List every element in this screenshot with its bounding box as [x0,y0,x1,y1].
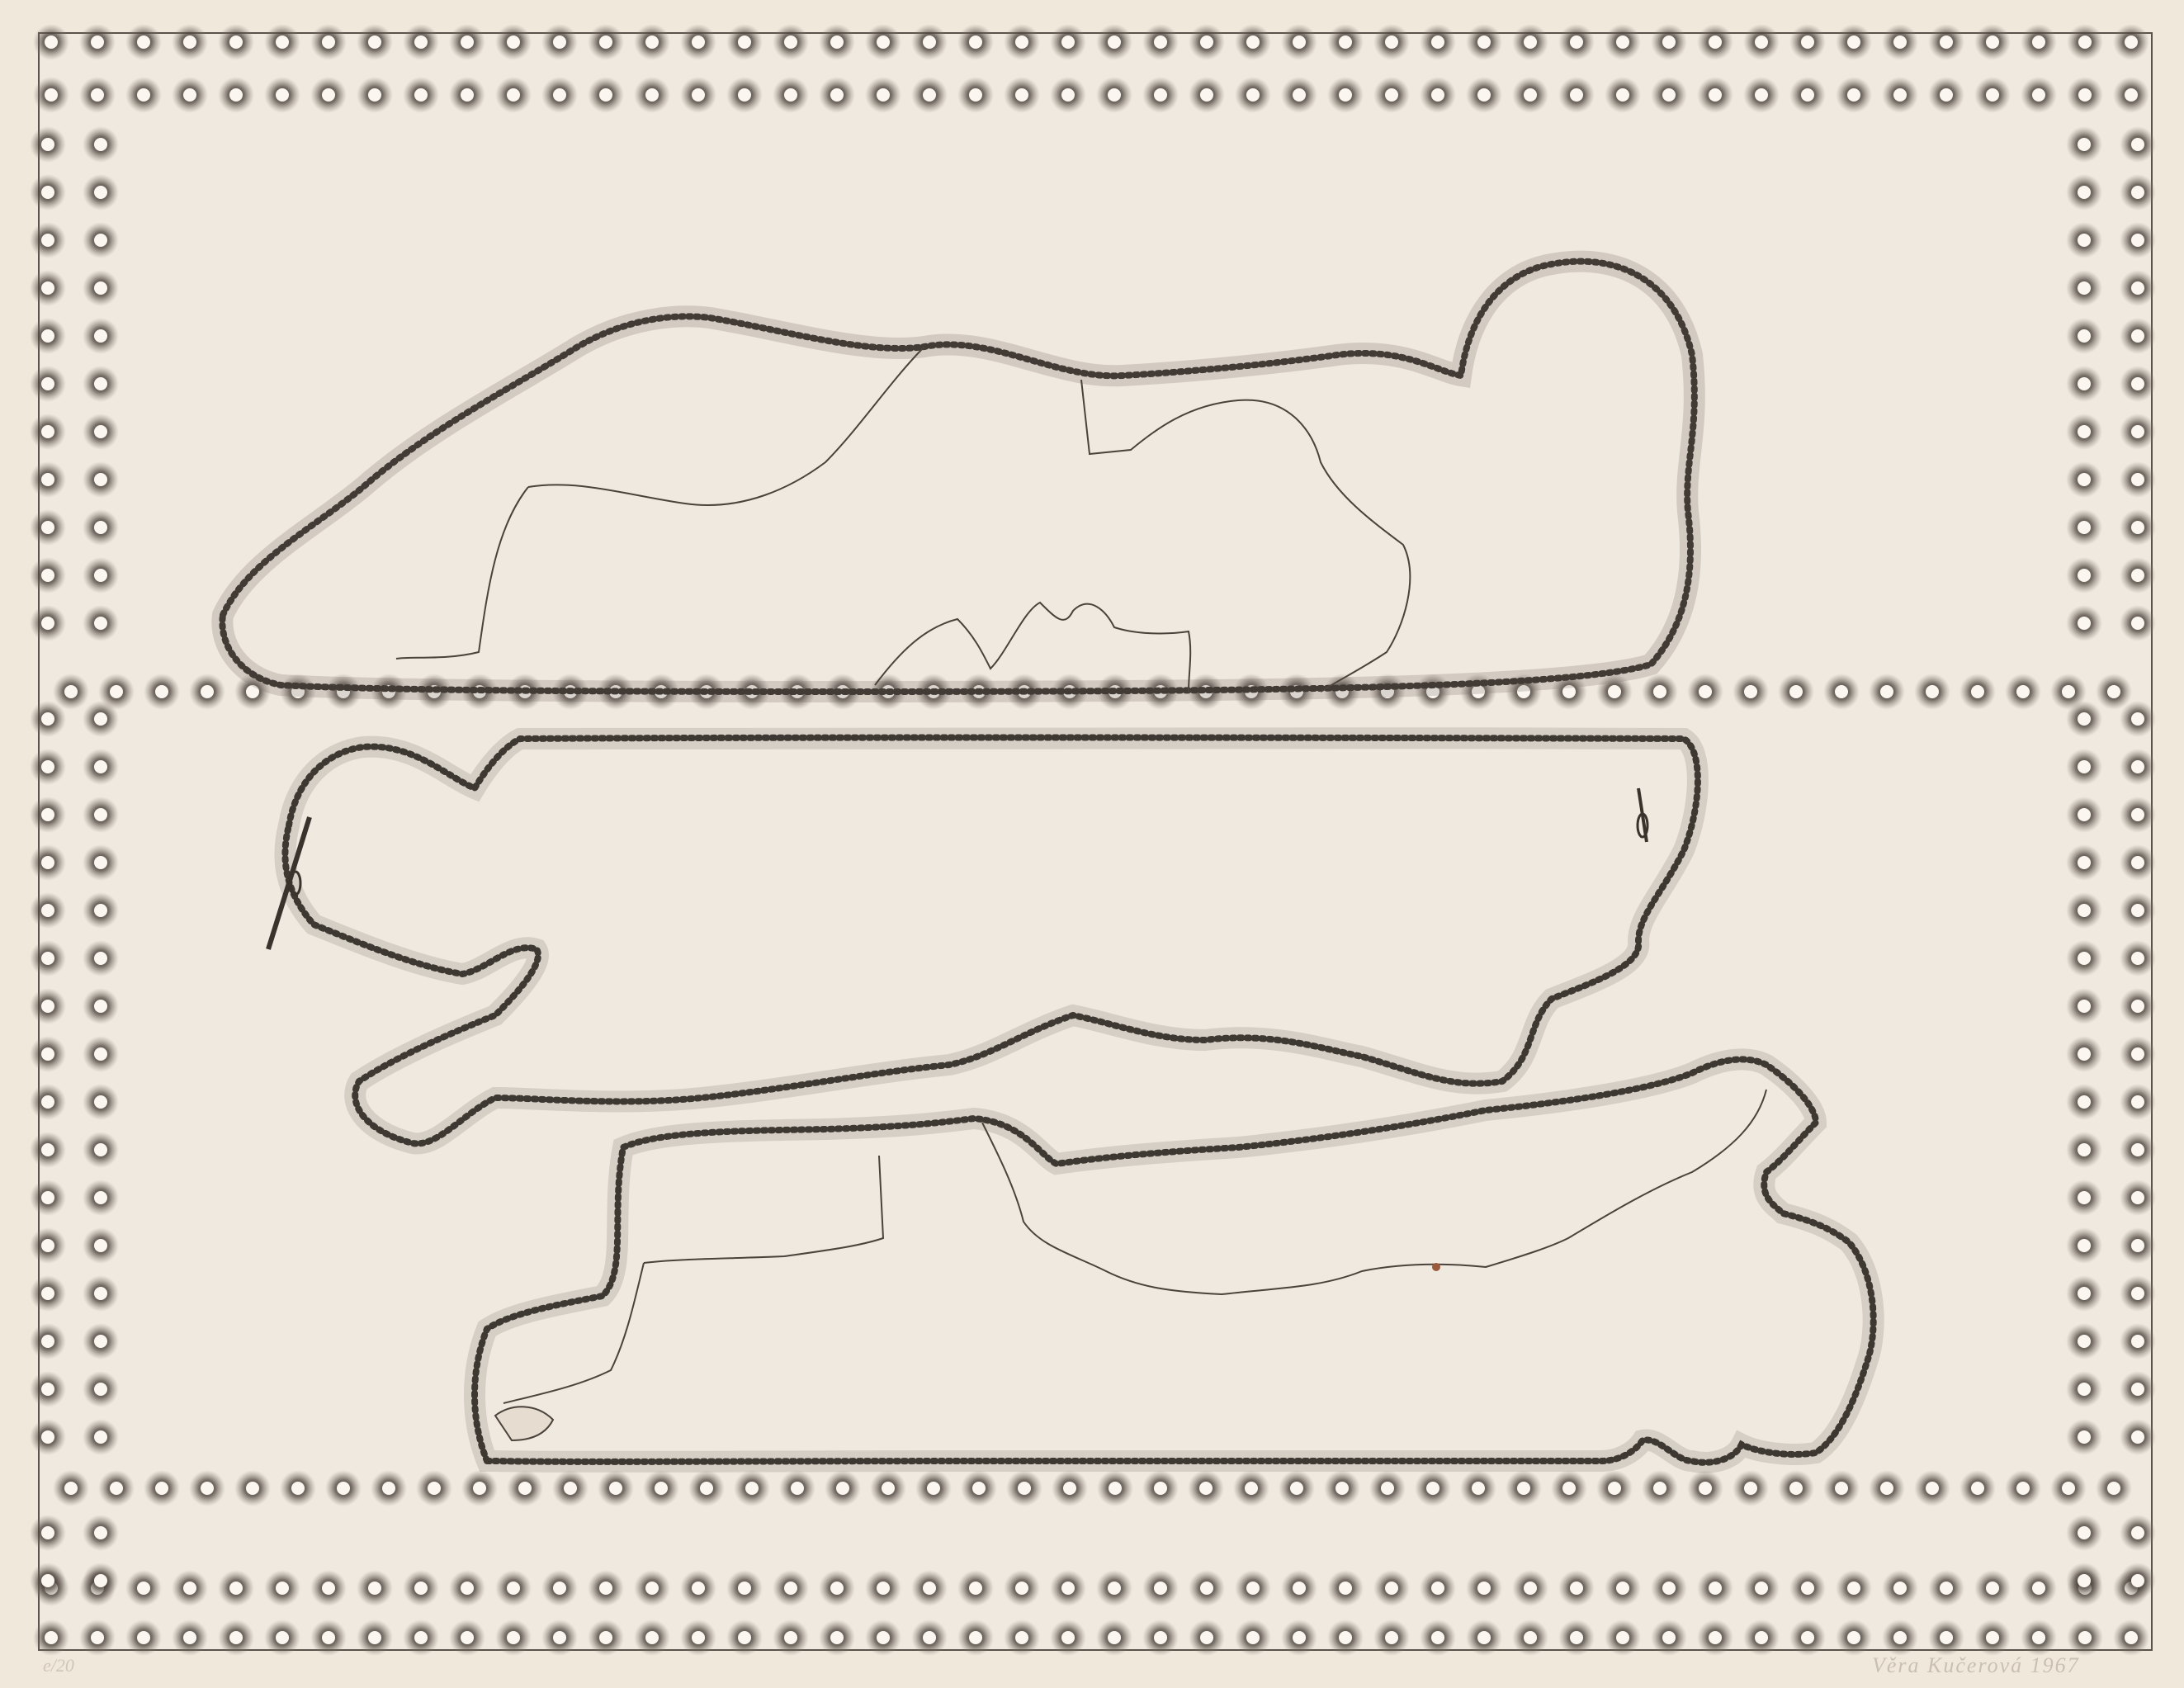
middle-elongated-form [268,738,1698,1144]
artist-signature: Věra Kučerová 1967 [1872,1653,2080,1678]
paper-sheet: Věra Kučerová 1967 e/20 [0,0,2184,1688]
edition-number: e/20 [43,1655,74,1676]
artwork-canvas [0,0,2184,1688]
upper-reclining-figure [222,262,1694,692]
lower-reclining-figure [475,1059,1874,1462]
